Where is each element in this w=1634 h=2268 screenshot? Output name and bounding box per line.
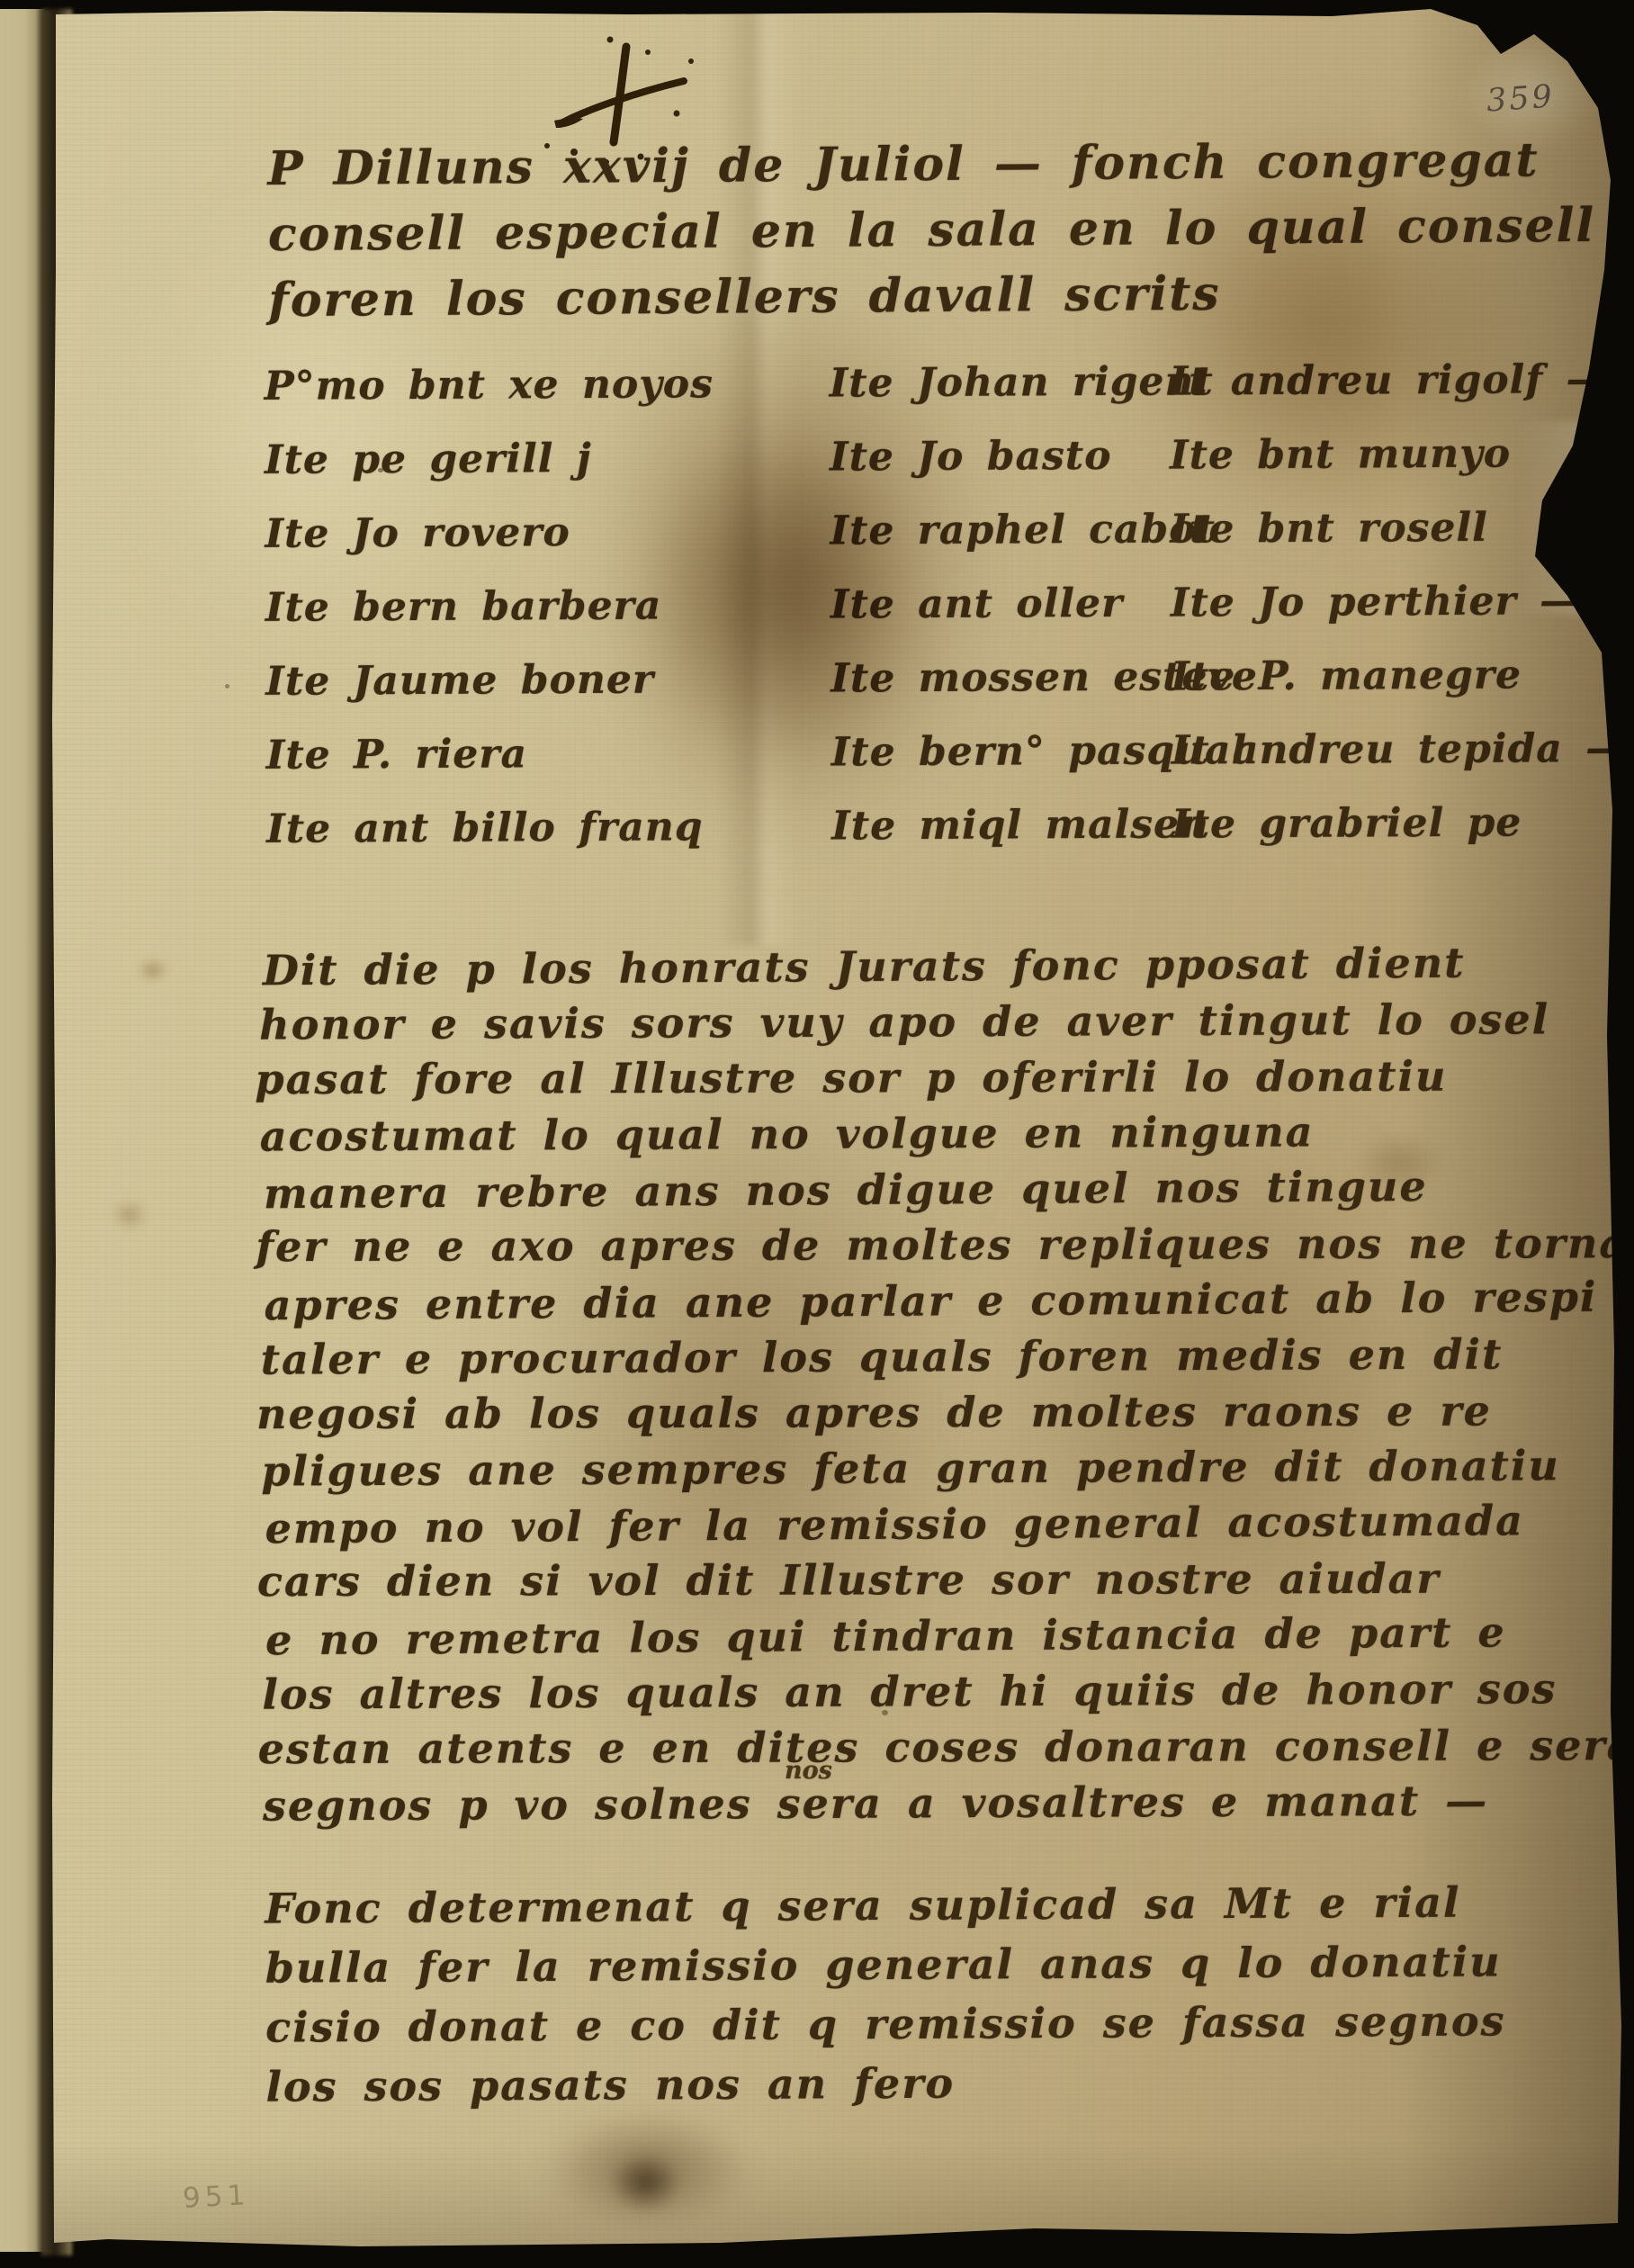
ink-speck: [225, 684, 229, 688]
councillor-name: Ite raphel cabot: [830, 507, 1170, 582]
heading-line: P Dilluns xxvij de Juliol — fonch congre…: [267, 132, 1595, 207]
councillor-name: Ite P. riera: [266, 730, 831, 806]
councillor-name: Ite pe gerill j: [265, 435, 830, 511]
councillor-name: Ite Jaume boner: [265, 656, 830, 733]
councillor-name: Ite ant oller: [830, 580, 1171, 656]
councillor-name: Ite Jo rovero: [265, 508, 830, 585]
previous-page-edge: [0, 9, 45, 2252]
councillor-name: P°mo bnt xe noyos: [265, 361, 830, 437]
ink-speck: [378, 468, 383, 472]
councillor-name: Ite miql malsen: [831, 802, 1172, 877]
resolution-line: los sos pasats nos an fero: [265, 2056, 1506, 2121]
right-edge-shading: [1404, 0, 1634, 2268]
councillor-name: Ite ant billo franq: [266, 804, 831, 880]
councillor-name: Ite bern° pasqual: [831, 728, 1172, 804]
resolution-paragraph: Fonc determenat q sera suplicad sa Mt e …: [265, 1877, 1506, 2121]
resolution-line: cisio donat e co dit q remissio se fassa…: [265, 1996, 1506, 2062]
heading-line: foren los consellers davall scrits: [268, 264, 1596, 338]
councillor-name: Ite mossen esteve: [830, 654, 1171, 730]
councillor-roster: P°mo bnt xe noyos Ite Johan rigent It an…: [265, 356, 1586, 880]
resolution-line: Fonc determenat q sera suplicad sa Mt e …: [265, 1877, 1505, 1943]
councillor-name: Ite Johan rigent: [829, 359, 1169, 435]
councillor-name: Ite Jo basto: [830, 433, 1170, 508]
bottom-edge-shading: [0, 2142, 1634, 2268]
manuscript-page: 359 P Dilluns xxvij de Juliol — fonch co…: [0, 0, 1634, 2268]
ink-speck: [882, 1710, 888, 1715]
heading-paragraph: P Dilluns xxvij de Juliol — fonch congre…: [267, 132, 1596, 338]
heading-line: consell especial en la sala en lo qual c…: [268, 198, 1596, 273]
councillor-name: Ite bern barbera: [265, 582, 830, 659]
resolution-line: bulla fer la remissio general anas q lo …: [265, 1937, 1506, 2002]
interlinear-insertion: nos: [785, 1757, 832, 1785]
scan-background: 359 P Dilluns xxvij de Juliol — fonch co…: [0, 0, 1634, 2268]
